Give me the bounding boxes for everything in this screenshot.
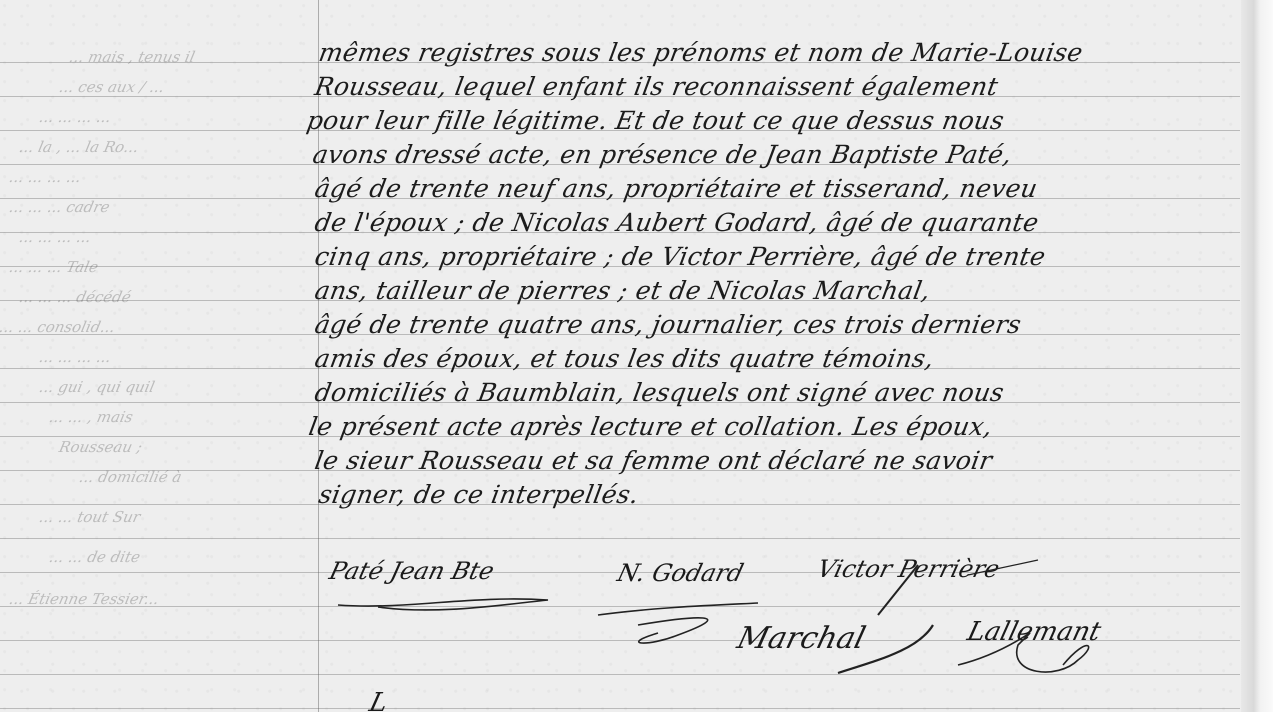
- body-line: âgé de trente quatre ans, journalier, ce…: [298, 308, 1259, 342]
- bleed-through-reverse-side: ... mais , tenus il ... ces aux / ... ..…: [0, 0, 310, 712]
- bleed-line: ... ... ... décédé: [19, 288, 133, 300]
- body-line: le présent acte après lecture et collati…: [298, 410, 1259, 444]
- bleed-line: ... mais , tenus il: [69, 48, 197, 60]
- bleed-line: ... ... consolid...: [0, 318, 117, 330]
- bleed-line: ... gui , qui quil: [39, 378, 157, 390]
- bleed-line: ... domicilié à: [79, 468, 184, 480]
- bleed-line: Rousseau ;: [59, 438, 144, 450]
- bleed-line: ... ... tout Sur: [39, 508, 142, 520]
- entry-body: mêmes registres sous les prénoms et nom …: [298, 36, 1253, 512]
- body-line: de l'époux ; de Nicolas Aubert Godard, â…: [298, 206, 1259, 240]
- body-line: amis des époux, et tous les dits quatre …: [298, 342, 1259, 376]
- bleed-line: ... ... ... cadre: [9, 198, 112, 210]
- bleed-line: ... ... ... ...: [39, 348, 113, 360]
- bleed-line: ... Étienne Tessier...: [9, 590, 161, 602]
- body-line: domiciliés à Baumblain, lesquels ont sig…: [298, 376, 1259, 410]
- bleed-line: ... ... de dite: [49, 548, 142, 560]
- bleed-line: ... la , ... la Ro...: [19, 138, 141, 150]
- signature-pate: Paté Jean Bte: [327, 557, 498, 585]
- bleed-line: ... ... ... ...: [9, 168, 83, 180]
- body-line: le sieur Rousseau et sa femme ont déclar…: [298, 444, 1259, 478]
- body-line: signer, de ce interpellés.: [298, 478, 1259, 512]
- body-line: cinq ans, propriétaire ; de Victor Perri…: [298, 240, 1259, 274]
- signature-block: Paté Jean Bte N. Godard Victor Perrière …: [318, 555, 1218, 705]
- bleed-line: ... ... , mais: [49, 408, 135, 420]
- body-line: avons dressé acte, en présence de Jean B…: [298, 138, 1259, 172]
- bleed-line: ... ... ... ...: [19, 228, 93, 240]
- signature-perriere: Victor Perrière: [815, 555, 1003, 583]
- body-line: Rousseau, lequel enfant ils reconnaissen…: [298, 70, 1259, 104]
- bleed-line: ... ... ... Tale: [9, 258, 100, 270]
- body-line: mêmes registres sous les prénoms et nom …: [298, 36, 1259, 70]
- body-line: âgé de trente neuf ans, propriétaire et …: [298, 172, 1259, 206]
- register-page: ... mais , tenus il ... ces aux / ... ..…: [0, 0, 1273, 712]
- signature-marchal: Marchal: [734, 621, 869, 656]
- body-line: pour leur fille légitime. Et de tout ce …: [298, 104, 1259, 138]
- body-line: ans, tailleur de pierres ; et de Nicolas…: [298, 274, 1259, 308]
- page-edge: [1241, 0, 1273, 712]
- bleed-line: ... ... ... ...: [39, 108, 113, 120]
- signature-officer: Lallemant: [964, 617, 1104, 647]
- signature-godard: N. Godard: [615, 559, 747, 587]
- bleed-line: ... ces aux / ...: [59, 78, 166, 90]
